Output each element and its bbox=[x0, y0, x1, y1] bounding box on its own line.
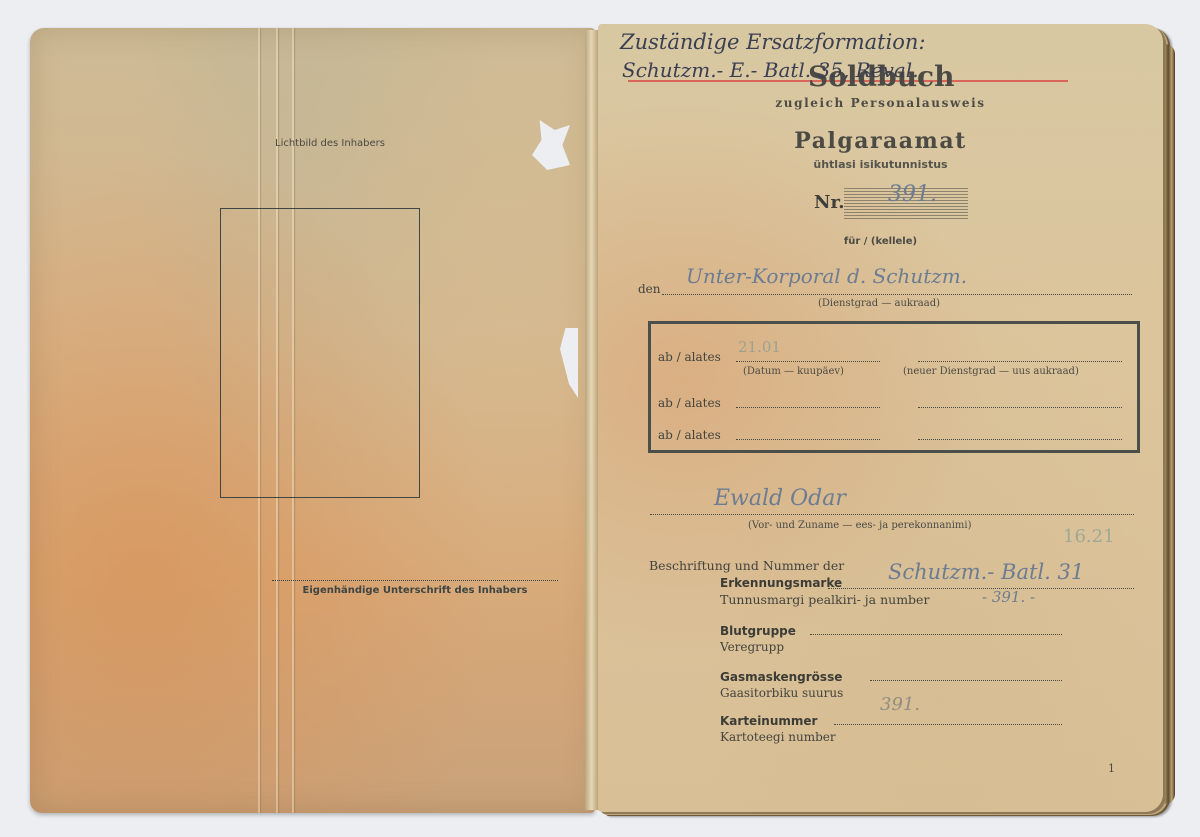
photo-caption: Lichtbild des Inhabers bbox=[225, 138, 435, 149]
page-number: 1 bbox=[1108, 762, 1115, 775]
page-stack-edge bbox=[1165, 44, 1175, 804]
faint-stamp: 16.21 bbox=[1063, 526, 1115, 547]
promotion-rank-line bbox=[918, 439, 1122, 440]
promotion-date-stamp: 21.01 bbox=[738, 338, 781, 356]
promotion-row-label: ab / alates bbox=[658, 396, 721, 410]
paper-tear bbox=[560, 328, 578, 398]
promotion-row-label: ab / alates bbox=[658, 428, 721, 442]
card-number-dotted-line bbox=[834, 724, 1062, 725]
promotions-box bbox=[648, 321, 1140, 453]
fuer-label: für / (kellele) bbox=[598, 236, 1163, 247]
promotion-date-line bbox=[736, 361, 880, 362]
rank-value: Unter-Korporal d. Schutzm. bbox=[686, 264, 967, 288]
promotion-date-line bbox=[736, 407, 880, 408]
id-tag-value: Schutzm.- Batl. 31 bbox=[888, 560, 1084, 584]
subtitle-de: zugleich Personalausweis bbox=[598, 96, 1163, 110]
handwritten-header-line2: Schutzm.- E.- Batl. 35, Reval. bbox=[622, 58, 919, 82]
promotion-rank-line bbox=[918, 361, 1122, 362]
subtitle-et: ühtlasi isikutunnistus bbox=[598, 158, 1163, 171]
title-palgaraamat: Palgaraamat bbox=[598, 128, 1163, 154]
id-tag-label-line3: Tunnusmargi pealkiri- ja number bbox=[720, 592, 929, 607]
right-page: Soldbuch Zuständige Ersatzformation: Sch… bbox=[598, 24, 1163, 812]
name-caption: (Vor- und Zuname — ees- ja perekonnanimi… bbox=[748, 520, 972, 531]
card-number-label-de: Karteinummer bbox=[720, 714, 817, 728]
left-page: Lichtbild des Inhabers Eigenhändige Unte… bbox=[30, 28, 595, 813]
id-tag-dotted-line bbox=[828, 588, 1134, 589]
id-tag-number: - 391. - bbox=[982, 588, 1035, 606]
name-dotted-line bbox=[650, 514, 1134, 515]
promotion-rank-line bbox=[918, 407, 1122, 408]
blood-group-label-et: Veregrupp bbox=[720, 640, 784, 654]
nr-label: Nr. bbox=[814, 192, 845, 213]
id-tag-label-line1: Beschriftung und Nummer der bbox=[649, 558, 844, 573]
gas-mask-label-de: Gasmaskengrösse bbox=[720, 670, 842, 684]
date-caption: (Datum — kuupäev) bbox=[743, 366, 844, 377]
gas-mask-label-et: Gaasitorbiku suurus bbox=[720, 686, 843, 700]
signature-caption: Eigenhändige Unterschrift des Inhabers bbox=[272, 585, 558, 596]
blood-group-dotted-line bbox=[810, 634, 1062, 635]
name-value: Ewald Odar bbox=[714, 486, 846, 511]
promotion-date-line bbox=[736, 439, 880, 440]
signature-line bbox=[272, 580, 558, 581]
id-tag-label-line2: Erkennungsmarke bbox=[720, 576, 842, 590]
blood-group-label-de: Blutgruppe bbox=[720, 624, 796, 638]
rank-caption: (Dienstgrad — aukraad) bbox=[818, 298, 940, 309]
handwritten-header-line1: Zuständige Ersatzformation: bbox=[620, 30, 926, 54]
rank-prefix: den bbox=[638, 282, 661, 296]
photo-box bbox=[220, 208, 420, 498]
promotion-row-label: ab / alates bbox=[658, 350, 721, 364]
nr-value: 391. bbox=[888, 182, 937, 207]
new-rank-caption: (neuer Dienstgrad — uus aukraad) bbox=[903, 366, 1079, 377]
card-number-label-et: Kartoteegi number bbox=[720, 730, 836, 744]
card-number-value: 391. bbox=[880, 694, 920, 715]
rank-dotted-line bbox=[662, 294, 1132, 295]
gas-mask-dotted-line bbox=[870, 680, 1062, 681]
paper-tear bbox=[532, 120, 570, 170]
